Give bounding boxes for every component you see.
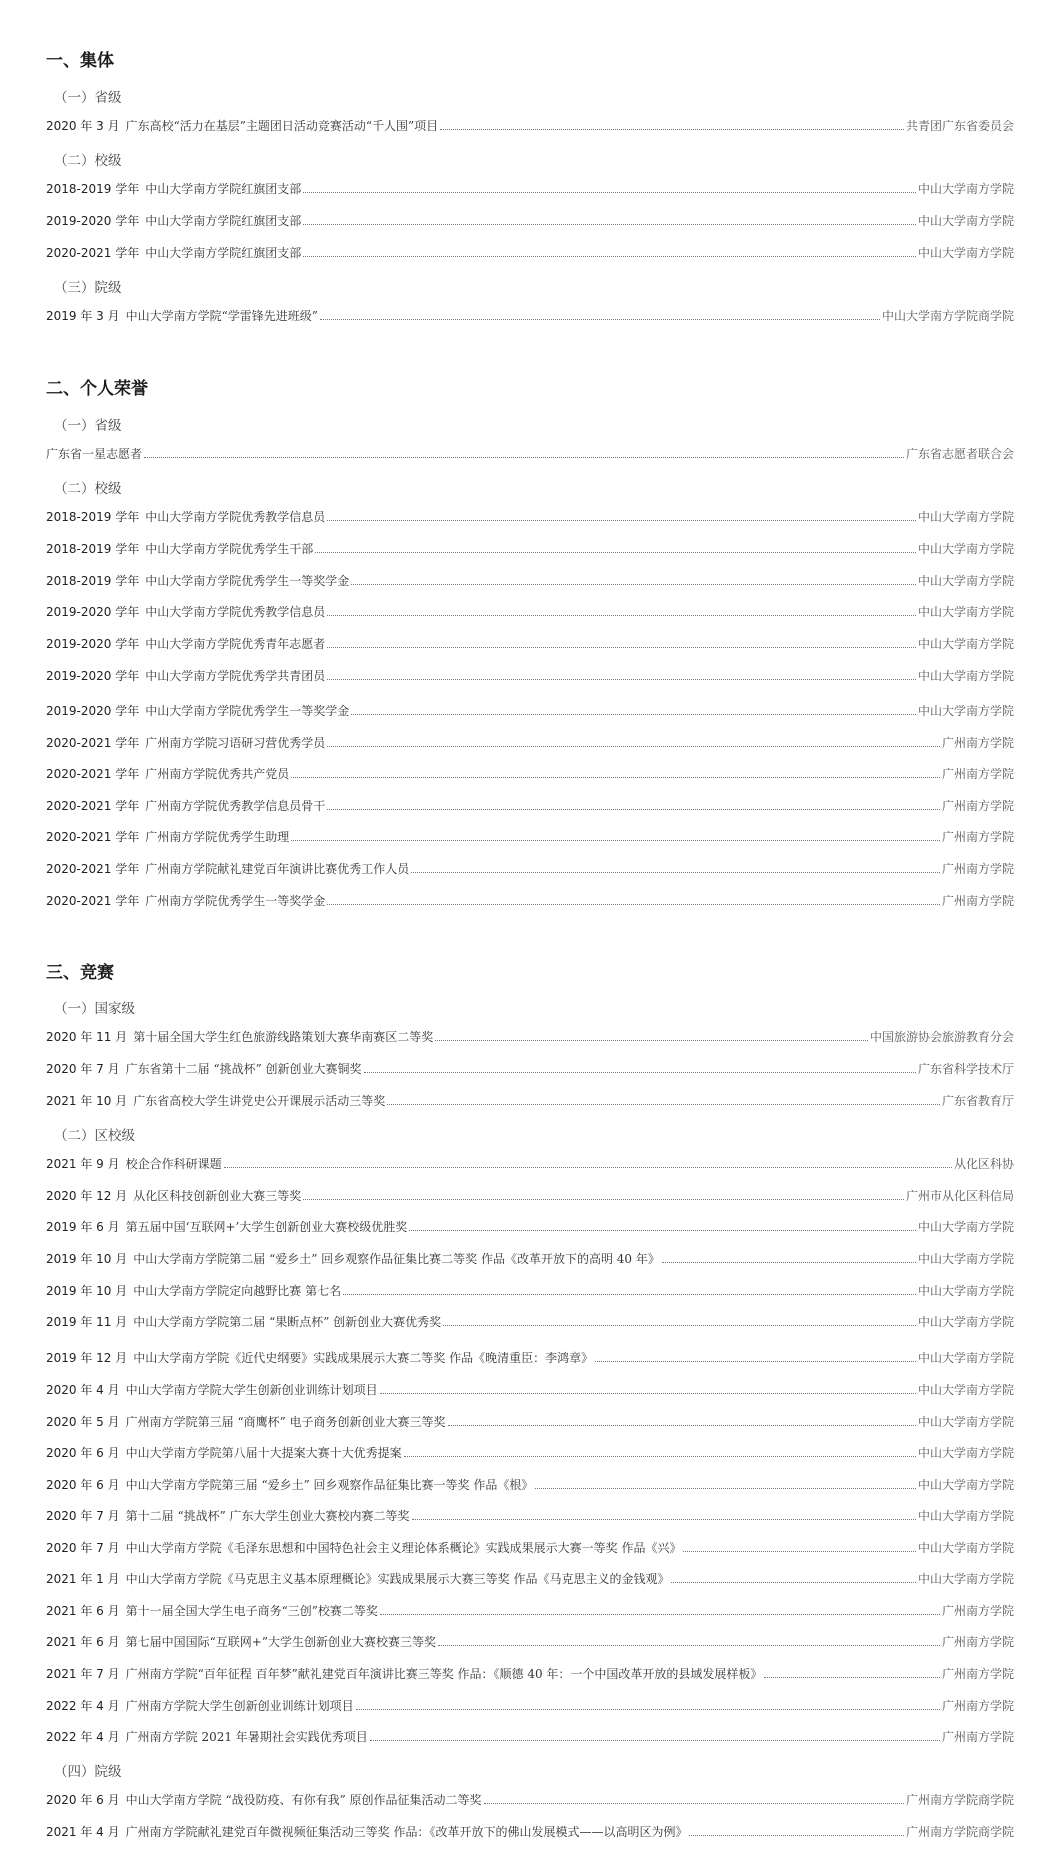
competition-row: 2022 年 4 月广州南方学院 2021 年暑期社会实践优秀项目广州南方学院 — [46, 1727, 1014, 1745]
dot-leader — [291, 840, 940, 841]
section-heading-competitions: 三、竞赛 — [46, 958, 114, 983]
dot-leader — [370, 1740, 940, 1741]
honor-row: 2020-2021 学年广州南方学院优秀共产党员广州南方学院 — [46, 764, 1014, 782]
dot-leader — [327, 520, 916, 521]
competition-row: 2020 年 4 月中山大学南方学院大学生创新创业训练计划项目中山大学南方学院 — [46, 1380, 1014, 1398]
subheading-school: （二）校级 — [54, 477, 122, 497]
honor-row: 2020-2021 学年广州南方学院优秀学生助理广州南方学院 — [46, 827, 1014, 845]
dot-leader — [409, 1230, 916, 1231]
dot-leader — [484, 1803, 904, 1804]
competition-row: 2020 年 12 月从化区科技创新创业大赛三等奖广州市从化区科信局 — [46, 1186, 1014, 1204]
subheading-college: （三）院级 — [54, 276, 122, 296]
honor-row: 2019-2020 学年中山大学南方学院优秀学生一等奖学金中山大学南方学院 — [46, 701, 1014, 719]
dot-leader — [380, 1614, 940, 1615]
competition-row: 2020 年 6 月中山大学南方学院 “战役防疫、有你有我” 原创作品征集活动二… — [46, 1790, 1014, 1808]
competition-row: 2020 年 7 月中山大学南方学院《毛泽东思想和中国特色社会主义理论体系概论》… — [46, 1538, 1014, 1556]
dot-leader — [144, 457, 904, 458]
honor-row: 2019-2020 学年中山大学南方学院优秀教学信息员中山大学南方学院 — [46, 602, 1014, 620]
dot-leader — [224, 1167, 952, 1168]
subheading-college: （四）院级 — [54, 1760, 122, 1780]
dot-leader — [595, 1361, 916, 1362]
competition-row: 2020 年 11 月第十届全国大学生红色旅游线路策划大赛华南赛区二等奖中国旅游… — [46, 1027, 1014, 1045]
honor-row: 2020-2021 学年中山大学南方学院红旗团支部中山大学南方学院 — [46, 243, 1014, 261]
honor-row: 2019-2020 学年中山大学南方学院红旗团支部中山大学南方学院 — [46, 211, 1014, 229]
competition-row: 2020 年 6 月中山大学南方学院第三届 “爱乡土” 回乡观察作品征集比赛一等… — [46, 1475, 1014, 1493]
honor-row: 2020 年 3 月广东高校“活力在基层”主题团日活动竞赛活动“千人围”项目共青… — [46, 116, 1014, 134]
competition-row: 2019 年 10 月中山大学南方学院定向越野比赛 第七名中山大学南方学院 — [46, 1281, 1014, 1299]
competition-row: 2019 年 10 月中山大学南方学院第二届 “爱乡土” 回乡观察作品征集比赛二… — [46, 1249, 1014, 1267]
competition-row: 2020 年 7 月广东省第十二届 “挑战杯” 创新创业大赛铜奖广东省科学技术厅 — [46, 1059, 1014, 1077]
dot-leader — [303, 256, 916, 257]
dot-leader — [380, 1393, 916, 1394]
dot-leader — [351, 714, 916, 715]
dot-leader — [764, 1677, 940, 1678]
dot-leader — [303, 1199, 904, 1200]
subheading-provincial: （一）省级 — [54, 414, 122, 434]
dot-leader — [404, 1456, 916, 1457]
competition-row: 2019 年 6 月第五届中国‘互联网+’大学生创新创业大赛校级优胜奖中山大学南… — [46, 1217, 1014, 1235]
honor-row: 2019-2020 学年中山大学南方学院优秀学共青团员中山大学南方学院 — [46, 666, 1014, 684]
subheading-national: （一）国家级 — [54, 997, 135, 1017]
honor-row: 2020-2021 学年广州南方学院习语研习营优秀学员广州南方学院 — [46, 733, 1014, 751]
dot-leader — [683, 1551, 916, 1552]
honor-row: 2018-2019 学年中山大学南方学院优秀教学信息员中山大学南方学院 — [46, 507, 1014, 525]
dot-leader — [327, 809, 940, 810]
dot-leader — [412, 1519, 916, 1520]
competition-row: 2020 年 5 月广州南方学院第三届 “商鹰杯” 电子商务创新创业大赛三等奖中… — [46, 1412, 1014, 1430]
section-heading-personal-honors: 二、个人荣誉 — [46, 374, 148, 399]
dot-leader — [448, 1425, 916, 1426]
dot-leader — [315, 552, 916, 553]
honor-row: 2019-2020 学年中山大学南方学院优秀青年志愿者中山大学南方学院 — [46, 634, 1014, 652]
section-heading-collective: 一、集体 — [46, 46, 114, 71]
dot-leader — [435, 1040, 868, 1041]
competition-row: 2019 年 11 月中山大学南方学院第二届 “果断点杯” 创新创业大赛优秀奖中… — [46, 1312, 1014, 1330]
dot-leader — [351, 584, 916, 585]
dot-leader — [440, 129, 904, 130]
honor-row: 广东省一星志愿者广东省志愿者联合会 — [46, 444, 1014, 462]
competition-row: 2019 年 12 月中山大学南方学院《近代史纲要》实践成果展示大赛二等奖 作品… — [46, 1348, 1014, 1366]
honor-row: 2019 年 3 月中山大学南方学院“学雷锋先进班级”中山大学南方学院商学院 — [46, 306, 1014, 324]
competition-row: 2021 年 4 月广州南方学院献礼建党百年微视频征集活动三等奖 作品：《改革开… — [46, 1822, 1014, 1840]
dot-leader — [535, 1488, 916, 1489]
dot-leader — [438, 1645, 940, 1646]
honor-row: 2018-2019 学年中山大学南方学院优秀学生一等奖学金中山大学南方学院 — [46, 571, 1014, 589]
honor-row: 2020-2021 学年广州南方学院优秀学生一等奖学金广州南方学院 — [46, 891, 1014, 909]
competition-row: 2022 年 4 月广州南方学院大学生创新创业训练计划项目广州南方学院 — [46, 1696, 1014, 1714]
competition-row: 2021 年 1 月中山大学南方学院《马克思主义基本原理概论》实践成果展示大赛三… — [46, 1569, 1014, 1587]
honor-row: 2018-2019 学年中山大学南方学院优秀学生干部中山大学南方学院 — [46, 539, 1014, 557]
dot-leader — [689, 1835, 904, 1836]
honor-row: 2020-2021 学年广州南方学院献礼建党百年演讲比赛优秀工作人员广州南方学院 — [46, 859, 1014, 877]
dot-leader — [303, 192, 916, 193]
competition-row: 2021 年 6 月第七届中国国际“互联网+”大学生创新创业大赛校赛三等奖广州南… — [46, 1632, 1014, 1650]
dot-leader — [662, 1262, 916, 1263]
dot-leader — [303, 224, 916, 225]
subheading-school: （二）校级 — [54, 149, 122, 169]
dot-leader — [320, 319, 880, 320]
dot-leader — [327, 746, 940, 747]
dot-leader — [364, 1072, 916, 1073]
competition-row: 2021 年 7 月广州南方学院“百年征程 百年梦”献礼建党百年演讲比赛三等奖 … — [46, 1664, 1014, 1682]
competition-row: 2021 年 9 月校企合作科研课题从化区科协 — [46, 1154, 1014, 1172]
competition-row: 2021 年 6 月第十一届全国大学生电子商务“三创”校赛二等奖广州南方学院 — [46, 1601, 1014, 1619]
honor-row: 2018-2019 学年中山大学南方学院红旗团支部中山大学南方学院 — [46, 179, 1014, 197]
subheading-provincial: （一）省级 — [54, 86, 122, 106]
dot-leader — [443, 1325, 916, 1326]
dot-leader — [356, 1709, 940, 1710]
subheading-district-school: （二）区校级 — [54, 1124, 135, 1144]
dot-leader — [343, 1294, 916, 1295]
dot-leader — [327, 904, 940, 905]
dot-leader — [387, 1104, 940, 1105]
competition-row: 2020 年 7 月第十二届 “挑战杯” 广东大学生创业大赛校内赛二等奖中山大学… — [46, 1506, 1014, 1524]
honor-row: 2020-2021 学年广州南方学院优秀教学信息员骨干广州南方学院 — [46, 796, 1014, 814]
competition-row: 2021 年 10 月广东省高校大学生讲党史公开课展示活动三等奖广东省教育厅 — [46, 1091, 1014, 1109]
dot-leader — [671, 1582, 916, 1583]
competition-row: 2020 年 6 月中山大学南方学院第八届十大提案大赛十大优秀提案中山大学南方学… — [46, 1443, 1014, 1461]
dot-leader — [327, 615, 916, 616]
dot-leader — [327, 679, 916, 680]
dot-leader — [411, 872, 940, 873]
dot-leader — [327, 647, 916, 648]
dot-leader — [291, 777, 940, 778]
